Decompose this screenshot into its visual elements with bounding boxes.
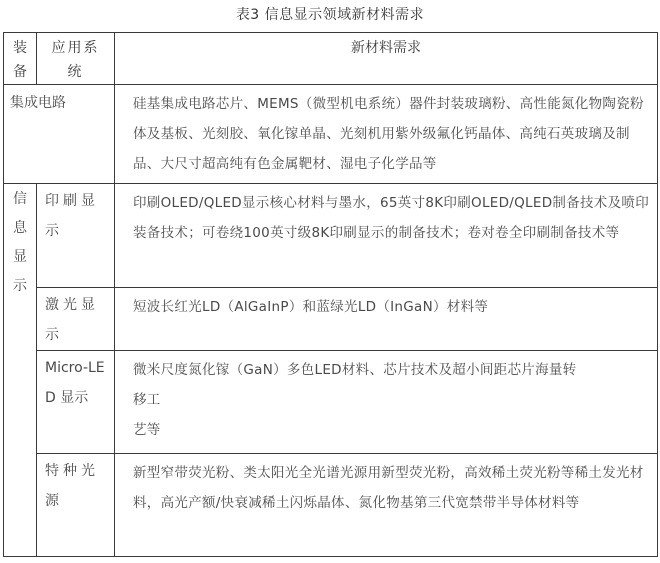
table-header-row: 装 备 应用系统 新材料需求 — [4, 33, 658, 85]
row-requirements: 印刷OLED/QLED显示核心材料与墨水，65英寸8K印刷OLED/QLED制备… — [115, 184, 658, 288]
row-requirements: 微米尺度氮化镓（GaN）多色LED材料、芯片技术及超小间距芯片海量转 移工 艺等 — [115, 351, 658, 454]
header-equipment-char: 备 — [4, 60, 36, 84]
requirements-line: 移工 — [133, 385, 649, 415]
row-category-info-display: 信 息 显 示 — [4, 184, 37, 557]
materials-table: 装 备 应用系统 新材料需求 集成电路 硅基集成电路芯片、MEMS（微型机电系统… — [3, 32, 658, 557]
table-row: 激光显示 短波长红光LD（AlGaInP）和蓝绿光LD（InGaN）材料等 — [4, 288, 658, 351]
table-row: 集成电路 硅基集成电路芯片、MEMS（微型机电系统）器件封装玻璃粉、高性能氮化物… — [4, 85, 658, 184]
row-application: Micro-LED 显示 — [37, 351, 115, 454]
header-equipment-char: 装 — [4, 36, 36, 60]
row-requirements: 硅基集成电路芯片、MEMS（微型机电系统）器件封装玻璃粉、高性能氮化物陶瓷粉体及… — [115, 85, 658, 184]
category-char: 信 — [4, 185, 36, 214]
row-requirements: 新型窄带荧光粉、类太阳光全光谱光源用新型荧光粉，高效稀土荧光粉等稀土发光材料，高… — [115, 454, 658, 557]
requirements-line: 艺等 — [133, 415, 649, 445]
category-char: 显 — [4, 243, 36, 272]
row-requirements: 短波长红光LD（AlGaInP）和蓝绿光LD（InGaN）材料等 — [115, 288, 658, 351]
table-row: 信 息 显 示 印刷显示 印刷OLED/QLED显示核心材料与墨水，65英寸8K… — [4, 184, 658, 288]
table-row: 特种光源 新型窄带荧光粉、类太阳光全光谱光源用新型荧光粉，高效稀土荧光粉等稀土发… — [4, 454, 658, 557]
header-application: 应用系统 — [37, 33, 115, 85]
requirements-line: 微米尺度氮化镓（GaN）多色LED材料、芯片技术及超小间距芯片海量转 — [133, 355, 649, 385]
header-requirements: 新材料需求 — [115, 33, 658, 85]
row-application: 印刷显示 — [37, 184, 115, 288]
table-row: Micro-LED 显示 微米尺度氮化镓（GaN）多色LED材料、芯片技术及超小… — [4, 351, 658, 454]
category-char: 息 — [4, 214, 36, 243]
row-application: 特种光源 — [37, 454, 115, 557]
row-category-ic: 集成电路 — [4, 85, 115, 184]
row-application: 激光显示 — [37, 288, 115, 351]
category-char: 示 — [4, 272, 36, 301]
header-equipment: 装 备 — [4, 33, 37, 85]
header-application-label: 应用系统 — [37, 36, 114, 84]
table-caption: 表3 信息显示领域新材料需求 — [0, 4, 660, 24]
